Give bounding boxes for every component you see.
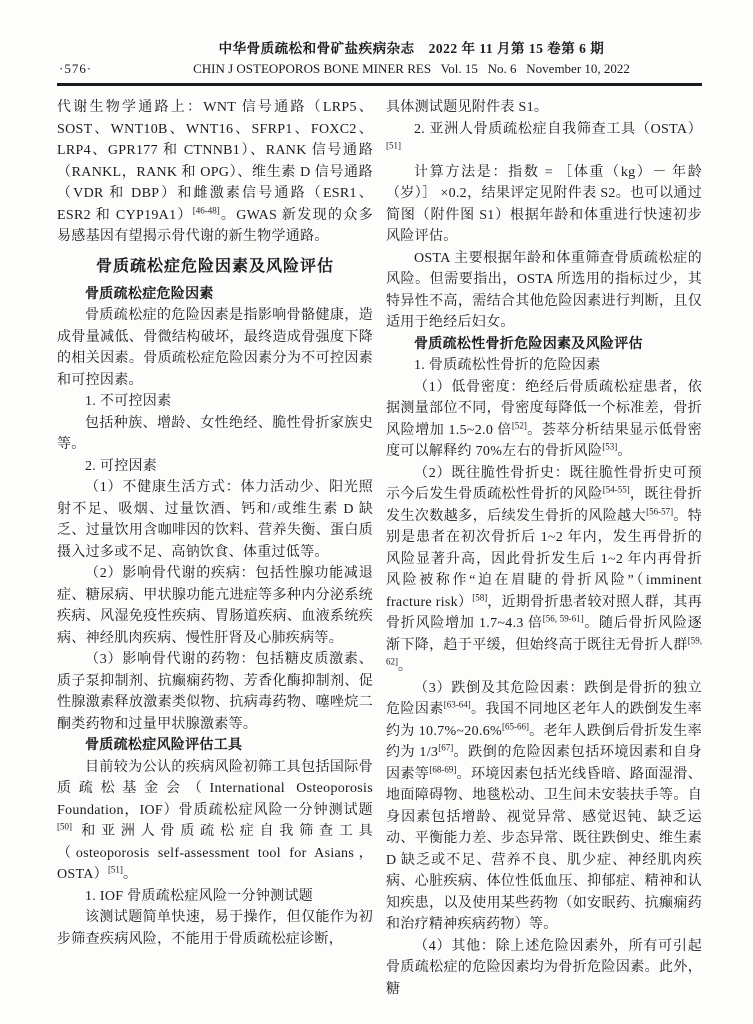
reference-superscript: [52] — [512, 420, 527, 430]
paragraph: 包括种族、增龄、女性绝经、脆性骨折家族史等。 — [57, 413, 373, 456]
paragraph: （4）其他：除上述危险因素外，所有可引起骨质疏松症的危险因素均为骨折危险因素。此… — [386, 936, 702, 1001]
reference-superscript: [53] — [602, 441, 617, 451]
paragraph: （1）不健康生活方式：体力活动少、阳光照射不足、吸烟、过量饮酒、钙和/或维生素 … — [57, 477, 373, 563]
paragraph: 1. 不可控因素 — [57, 391, 373, 413]
paragraph: （2）既往脆性骨折史：既往脆性骨折史可预示今后发生骨质疏松性骨折的风险[54-5… — [386, 463, 702, 678]
reference-superscript: [51] — [108, 864, 123, 874]
reference-superscript: [58] — [472, 592, 487, 602]
reference-superscript: [67] — [438, 742, 453, 752]
reference-superscript: [46-48] — [193, 205, 220, 215]
reference-superscript: [51] — [386, 140, 401, 150]
reference-superscript: [68-69] — [429, 764, 456, 774]
reference-superscript: [56-57] — [646, 506, 673, 516]
journal-meta-line: CHIN J OSTEOPOROS BONE MINER RES Vol. 15… — [121, 60, 702, 77]
reference-superscript: [54-55] — [603, 484, 630, 494]
subsection-heading: 骨质疏松症风险评估工具 — [57, 735, 373, 757]
page-number: ·576· — [59, 60, 92, 77]
section-heading: 骨质疏松症危险因素及风险评估 — [57, 255, 373, 279]
paragraph: OSTA 主要根据年龄和体重筛查骨质疏松症的风险。但需要指出，OSTA 所选用的… — [386, 248, 702, 334]
paragraph: 目前较为公认的疾病风险初筛工具包括国际骨质疏松基金会（International… — [57, 757, 373, 886]
header-rule — [57, 83, 702, 86]
paragraph: （3）影响骨代谢的药物：包括糖皮质激素、质子泵抑制剂、抗癫痫药物、芳香化酶抑制剂… — [57, 649, 373, 735]
page-header: 中华骨质疏松和骨矿盐疾病杂志 2022 年 11 月第 15 卷第 6 期 ·5… — [57, 40, 702, 86]
right-column: 具体测试题见附件表 S1。2. 亚洲人骨质疏松症自我筛查工具（OSTA）[51]… — [386, 97, 702, 1000]
subsection-heading: 骨质疏松症危险因素 — [57, 284, 373, 306]
journal-page: 中华骨质疏松和骨矿盐疾病杂志 2022 年 11 月第 15 卷第 6 期 ·5… — [0, 0, 753, 1024]
paragraph: 代谢生物学通路上：WNT 信号通路（LRP5、SOST、WNT10B、WNT16… — [57, 97, 373, 248]
journal-title-line: 中华骨质疏松和骨矿盐疾病杂志 2022 年 11 月第 15 卷第 6 期 — [121, 40, 702, 58]
reference-superscript: [59, 62] — [386, 635, 702, 667]
reference-superscript: [56, 59-61] — [543, 613, 584, 623]
subsection-heading: 骨质疏松性骨折危险因素及风险评估 — [386, 334, 702, 356]
reference-superscript: [65-66] — [502, 721, 529, 731]
paragraph: 骨质疏松症的危险因素是指影响骨骼健康，造成骨量减低、骨微结构破坏，最终造成骨强度… — [57, 305, 373, 391]
left-column: 代谢生物学通路上：WNT 信号通路（LRP5、SOST、WNT10B、WNT16… — [57, 97, 373, 1000]
paragraph: 具体测试题见附件表 S1。 — [386, 97, 702, 119]
reference-superscript: [63-64] — [444, 699, 471, 709]
journal-meta-row: ·576· CHIN J OSTEOPOROS BONE MINER RES V… — [57, 60, 702, 77]
paragraph: 2. 亚洲人骨质疏松症自我筛查工具（OSTA）[51] — [386, 119, 702, 162]
paragraph: 该测试题简单快速，易于操作，但仅能作为初步筛查疾病风险，不能用于骨质疏松症诊断， — [57, 907, 373, 950]
reference-superscript: [50] — [57, 821, 72, 831]
paragraph: （3）跌倒及其危险因素：跌倒是骨折的独立危险因素[63-64]。我国不同地区老年… — [386, 678, 702, 936]
article-body: 代谢生物学通路上：WNT 信号通路（LRP5、SOST、WNT10B、WNT16… — [57, 97, 702, 1000]
paragraph: （1）低骨密度：绝经后骨质疏松症患者，依据测量部位不同，骨密度每降低一个标准差，… — [386, 377, 702, 463]
paragraph: 1. 骨质疏松性骨折的危险因素 — [386, 355, 702, 377]
paragraph: 1. IOF 骨质疏松症风险一分钟测试题 — [57, 886, 373, 908]
paragraph: 计算方法是：指数 = ［体重（kg）－ 年龄（岁）］ ×0.2，结果评定见附件表… — [386, 162, 702, 248]
paragraph: （2）影响骨代谢的疾病：包括性腺功能减退症、糖尿病、甲状腺功能亢进症等多种内分泌… — [57, 563, 373, 649]
paragraph: 2. 可控因素 — [57, 456, 373, 478]
